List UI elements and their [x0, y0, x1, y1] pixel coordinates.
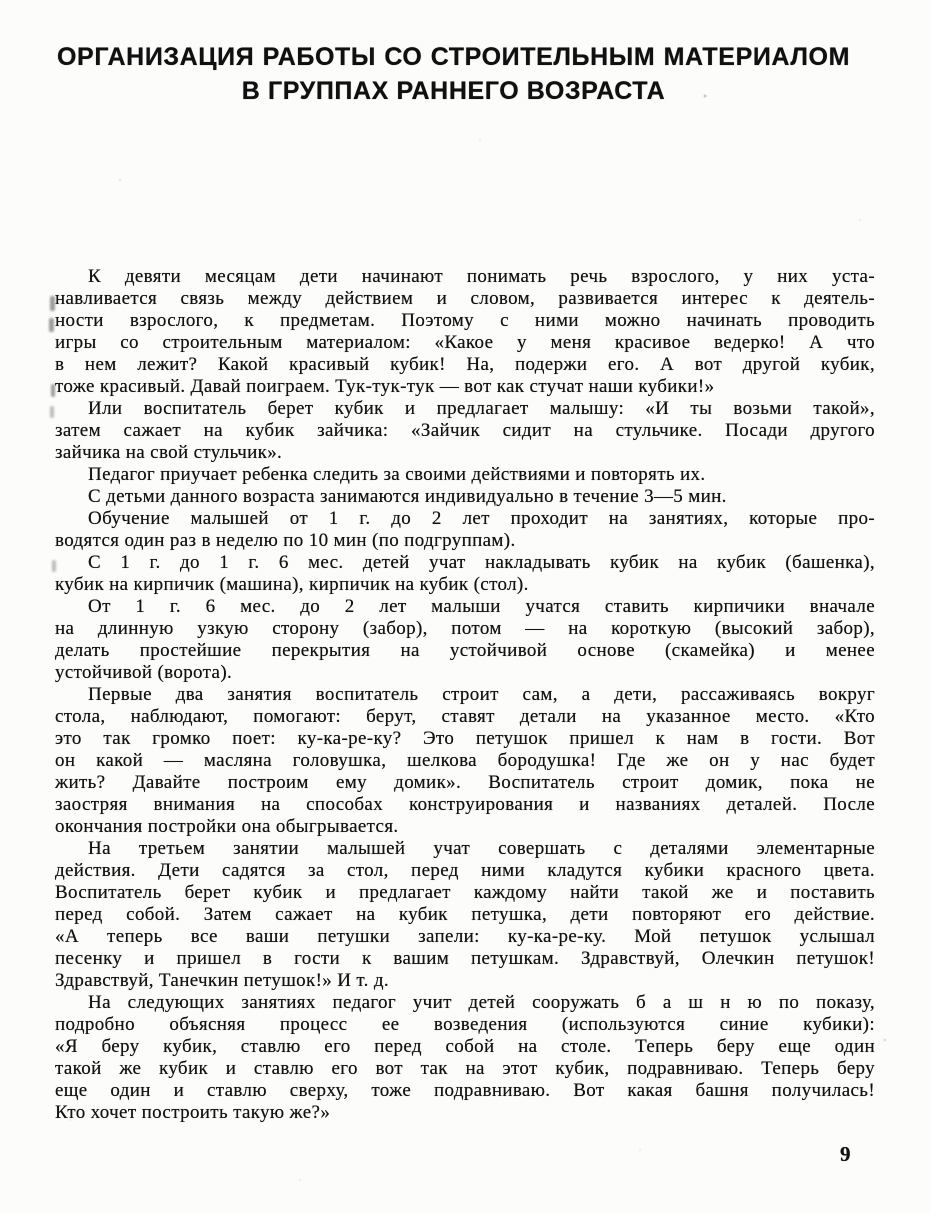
text-line: жить? Давайте построим ему домик». Воспи…	[55, 772, 875, 794]
scan-artifact	[51, 384, 55, 397]
text-line: Здравствуй, Танечкин петушок!» И т. д.	[55, 970, 875, 992]
text-line: затем сажает на кубик зайчика: «Зайчик с…	[55, 420, 875, 442]
paragraph: Первые два занятия воспитатель строит са…	[55, 684, 875, 838]
text-line: он какой — масляна головушка, шелкова бо…	[55, 750, 875, 772]
chapter-title: ОРГАНИЗАЦИЯ РАБОТЫ СО СТРОИТЕЛЬНЫМ МАТЕР…	[57, 40, 850, 108]
paragraph: С 1 г. до 1 г. 6 мес. детей учат наклады…	[55, 552, 875, 596]
text-line: тоже красивый. Давай поиграем. Тук-тук-т…	[55, 376, 875, 398]
paragraph: От 1 г. 6 мес. до 2 лет малыши учатся ст…	[55, 596, 875, 684]
text-line: действия. Дети садятся за стол, перед ни…	[55, 860, 875, 882]
scan-artifact	[52, 560, 56, 572]
text-line: С детьми данного возраста занимаются инд…	[55, 486, 875, 508]
scanned-book-page: ОРГАНИЗАЦИЯ РАБОТЫ СО СТРОИТЕЛЬНЫМ МАТЕР…	[0, 0, 930, 1214]
text-line: На следующих занятиях педагог учит детей…	[55, 992, 875, 1014]
scan-artifact	[50, 406, 54, 418]
paragraph: Педагог приучает ребенка следить за свои…	[55, 464, 875, 486]
text-line: это так громко поет: ку-ка-ре-ку? Это пе…	[55, 728, 875, 750]
text-line: такой же кубик и ставлю его вот так на э…	[55, 1058, 875, 1080]
text-line: песенку и пришел в гости к вашим петушка…	[55, 948, 875, 970]
text-line: в нем лежит? Какой красивый кубик! На, п…	[55, 354, 875, 376]
text-line: Первые два занятия воспитатель строит са…	[55, 684, 875, 706]
text-line: «Я беру кубик, ставлю его перед собой на…	[55, 1036, 875, 1058]
text-line: подробно объясняя процесс ее возведения …	[55, 1014, 875, 1036]
text-line: К девяти месяцам дети начинают понимать …	[55, 266, 875, 288]
paragraph: С детьми данного возраста занимаются инд…	[55, 486, 875, 508]
paragraph: На следующих занятиях педагог учит детей…	[55, 992, 875, 1124]
paragraph: К девяти месяцам дети начинают понимать …	[55, 266, 875, 398]
text-line: на длинную узкую сторону (забор), потом …	[55, 618, 875, 640]
text-line: Обучение малышей от 1 г. до 2 лет проход…	[55, 508, 875, 530]
text-line: ности взрослого, к предметам. Поэтому с …	[55, 310, 875, 332]
text-line: Воспитатель берет кубик и предлагает каж…	[55, 882, 875, 904]
text-line: окончания постройки она обыгрывается.	[55, 816, 875, 838]
text-line: «А теперь все ваши петушки запели: ку-ка…	[55, 926, 875, 948]
text-line: Педагог приучает ребенка следить за свои…	[55, 464, 875, 486]
paragraph: На третьем занятии малышей учат совершат…	[55, 838, 875, 992]
text-line: От 1 г. 6 мес. до 2 лет малыши учатся ст…	[55, 596, 875, 618]
text-line: зайчика на свой стульчик».	[55, 442, 875, 464]
text-line: Или воспитатель берет кубик и предлагает…	[55, 398, 875, 420]
text-line: С 1 г. до 1 г. 6 мес. детей учат наклады…	[55, 552, 875, 574]
paragraph: Или воспитатель берет кубик и предлагает…	[55, 398, 875, 464]
text-line: Кто хочет построить такую же?»	[55, 1102, 875, 1124]
text-line: На третьем занятии малышей учат совершат…	[55, 838, 875, 860]
text-line: кубик на кирпичик (машина), кирпичик на …	[55, 574, 875, 596]
text-line: перед собой. Затем сажает на кубик петуш…	[55, 904, 875, 926]
page-number: 9	[840, 1142, 851, 1167]
text-line: устойчивой (ворота).	[55, 662, 875, 684]
text-line: водятся один раз в неделю по 10 мин (по …	[55, 530, 875, 552]
paragraph: Обучение малышей от 1 г. до 2 лет проход…	[55, 508, 875, 552]
text-line: делать простейшие перекрытия на устойчив…	[55, 640, 875, 662]
scan-artifact	[49, 318, 54, 332]
text-line: заостряя внимания на способах конструиро…	[55, 794, 875, 816]
text-line: игры со строительным материалом: «Какое …	[55, 332, 875, 354]
text-line: еще один и ставлю сверху, тоже подравнив…	[55, 1080, 875, 1102]
chapter-title-line1: ОРГАНИЗАЦИЯ РАБОТЫ СО СТРОИТЕЛЬНЫМ МАТЕР…	[57, 40, 850, 74]
scan-artifact	[50, 296, 55, 311]
text-line: навливается связь между действием и слов…	[55, 288, 875, 310]
chapter-title-line2: В ГРУППАХ РАННЕГО ВОЗРАСТА	[57, 74, 850, 108]
text-line: стола, наблюдают, помогают: берут, ставя…	[55, 706, 875, 728]
body-text: К девяти месяцам дети начинают понимать …	[55, 266, 875, 1124]
